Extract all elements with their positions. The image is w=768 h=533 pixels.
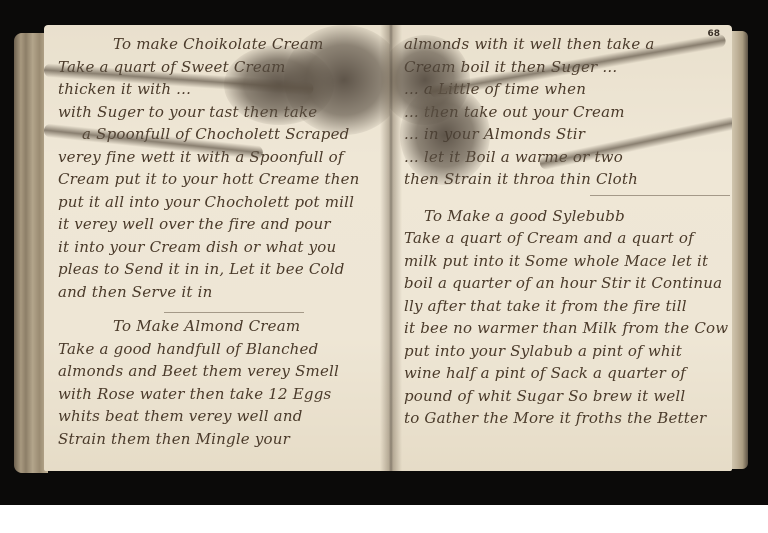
text-line: wine half a pint of Sack a quarter of <box>404 362 726 385</box>
text-line: it verey well over the fire and pour <box>58 213 388 236</box>
text-line: Strain them then Mingle your <box>58 428 388 451</box>
text-line: put into your Sylabub a pint of whit <box>404 340 726 363</box>
text-line: to Gather the More it froths the Better <box>404 407 726 430</box>
text-line: and then Serve it in <box>58 281 388 304</box>
text-line: it bee no warmer than Milk from the Cow <box>404 317 726 340</box>
text-line: almonds and Beet them verey Smell <box>58 360 388 383</box>
text-line: it into your Cream dish or what you <box>58 236 388 259</box>
section-divider <box>590 195 730 196</box>
left-page: To make Choikolate Cream Take a quart of… <box>44 25 390 471</box>
text-line: boil a quarter of an hour Stir it Contin… <box>404 272 726 295</box>
recipe-title-almond-cream: To Make Almond Cream <box>58 315 388 338</box>
text-line: pleas to Send it in in, Let it bee Cold <box>58 258 388 281</box>
text-line: put it all into your Chocholett pot mill <box>58 191 388 214</box>
text-line: with Rose water then take 12 Eggs <box>58 383 388 406</box>
section-divider <box>164 312 304 313</box>
text-line: milk put into it Some whole Mace let it <box>404 250 726 273</box>
text-line: Take a good handfull of Blanched <box>58 338 388 361</box>
right-page: 68 almonds with it well then take a Crea… <box>390 25 732 471</box>
text-line: whits beat them verey well and <box>58 405 388 428</box>
text-line: pound of whit Sugar So brew it well <box>404 385 726 408</box>
book-gutter <box>380 25 402 471</box>
text-line: lly after that take it from the fire til… <box>404 295 726 318</box>
text-line: Take a quart of Cream and a quart of <box>404 227 726 250</box>
open-manuscript-book: To make Choikolate Cream Take a quart of… <box>14 25 748 477</box>
right-page-block-edge <box>730 31 748 469</box>
text-line: Cream put it to your hott Creame then <box>58 168 388 191</box>
water-stain <box>400 85 490 185</box>
recipe-title-syllabub: To Make a good Sylebubb <box>404 205 726 228</box>
left-page-block-edge <box>14 33 48 473</box>
